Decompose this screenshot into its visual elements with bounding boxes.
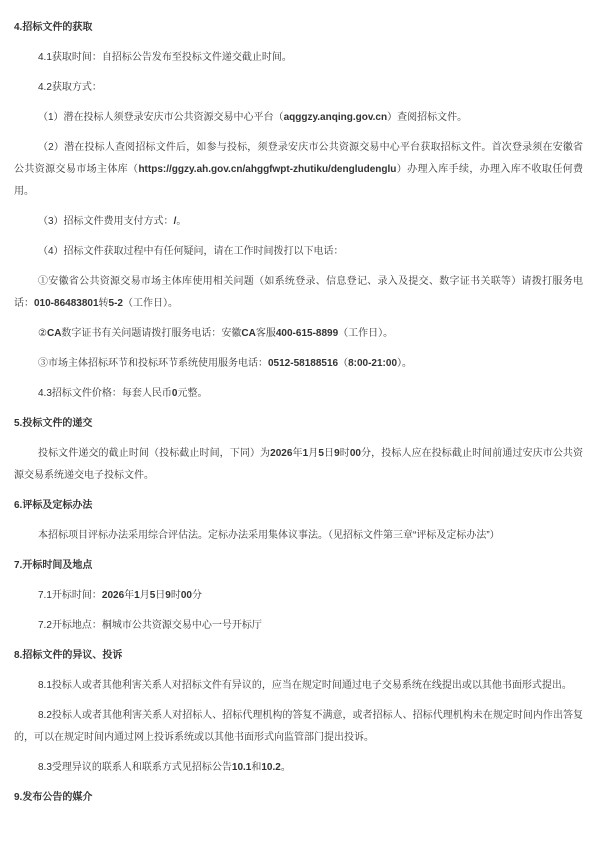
para-6-evaluation-method: 本招标项目评标办法采用综合评估法。定标办法采用集体议事法。（见招标文件第三章“评… xyxy=(14,525,583,547)
section-9-heading: 9.发布公告的媒介 xyxy=(14,787,583,809)
para-8-3-contact-ref: 8.3受理异议的联系人和联系方式见招标公告10.1和10.2。 xyxy=(14,757,583,779)
para-4-2-item-4: （4）招标文件获取过程中有任何疑问，请在工作时间拨打以下电话： xyxy=(14,241,583,263)
section-4-heading: 4.招标文件的获取 xyxy=(14,17,583,39)
para-hotline-1: ①安徽省公共资源交易市场主体库使用相关问题（如系统登录、信息登记、录入及提交、数… xyxy=(14,271,583,315)
section-5-heading: 5.投标文件的递交 xyxy=(14,413,583,435)
para-8-1-objection: 8.1投标人或者其他利害关系人对招标文件有异议的，应当在规定时间通过电子交易系统… xyxy=(14,675,583,697)
para-4-2-item-2: （2）潜在投标人查阅招标文件后，如参与投标，须登录安庆市公共资源交易中心平台获取… xyxy=(14,137,583,203)
para-hotline-2: ②CA数字证书有关问题请拨打服务电话：安徽CA客服400-615-8899（工作… xyxy=(14,323,583,345)
para-4-3-document-price: 4.3招标文件价格：每套人民币0元整。 xyxy=(14,383,583,405)
para-hotline-3: ③市场主体招标环节和投标环节系统使用服务电话：0512-58188516（8:0… xyxy=(14,353,583,375)
tender-announcement-document: 4.招标文件的获取 4.1获取时间：自招标公告发布至投标文件递交截止时间。 4.… xyxy=(0,0,601,860)
section-7-heading: 7.开标时间及地点 xyxy=(14,555,583,577)
para-5-submission: 投标文件递交的截止时间（投标截止时间，下同）为2026年1月5日9时00分，投标… xyxy=(14,443,583,487)
para-7-1-opening-time: 7.1开标时间：2026年1月5日9时00分 xyxy=(14,585,583,607)
para-8-2-complaint: 8.2投标人或者其他利害关系人对招标人、招标代理机构的答复不满意，或者招标人、招… xyxy=(14,705,583,749)
para-7-2-opening-place: 7.2开标地点：桐城市公共资源交易中心一号开标厅 xyxy=(14,615,583,637)
para-4-2-item-3: （3）招标文件费用支付方式：/。 xyxy=(14,211,583,233)
para-4-2-item-1: （1）潜在投标人须登录安庆市公共资源交易中心平台（aqggzy.anqing.g… xyxy=(14,107,583,129)
section-6-heading: 6.评标及定标办法 xyxy=(14,495,583,517)
section-8-heading: 8.招标文件的异议、投诉 xyxy=(14,645,583,667)
para-4-1-obtain-time: 4.1获取时间：自招标公告发布至投标文件递交截止时间。 xyxy=(14,47,583,69)
para-4-2-obtain-method: 4.2获取方式： xyxy=(14,77,583,99)
